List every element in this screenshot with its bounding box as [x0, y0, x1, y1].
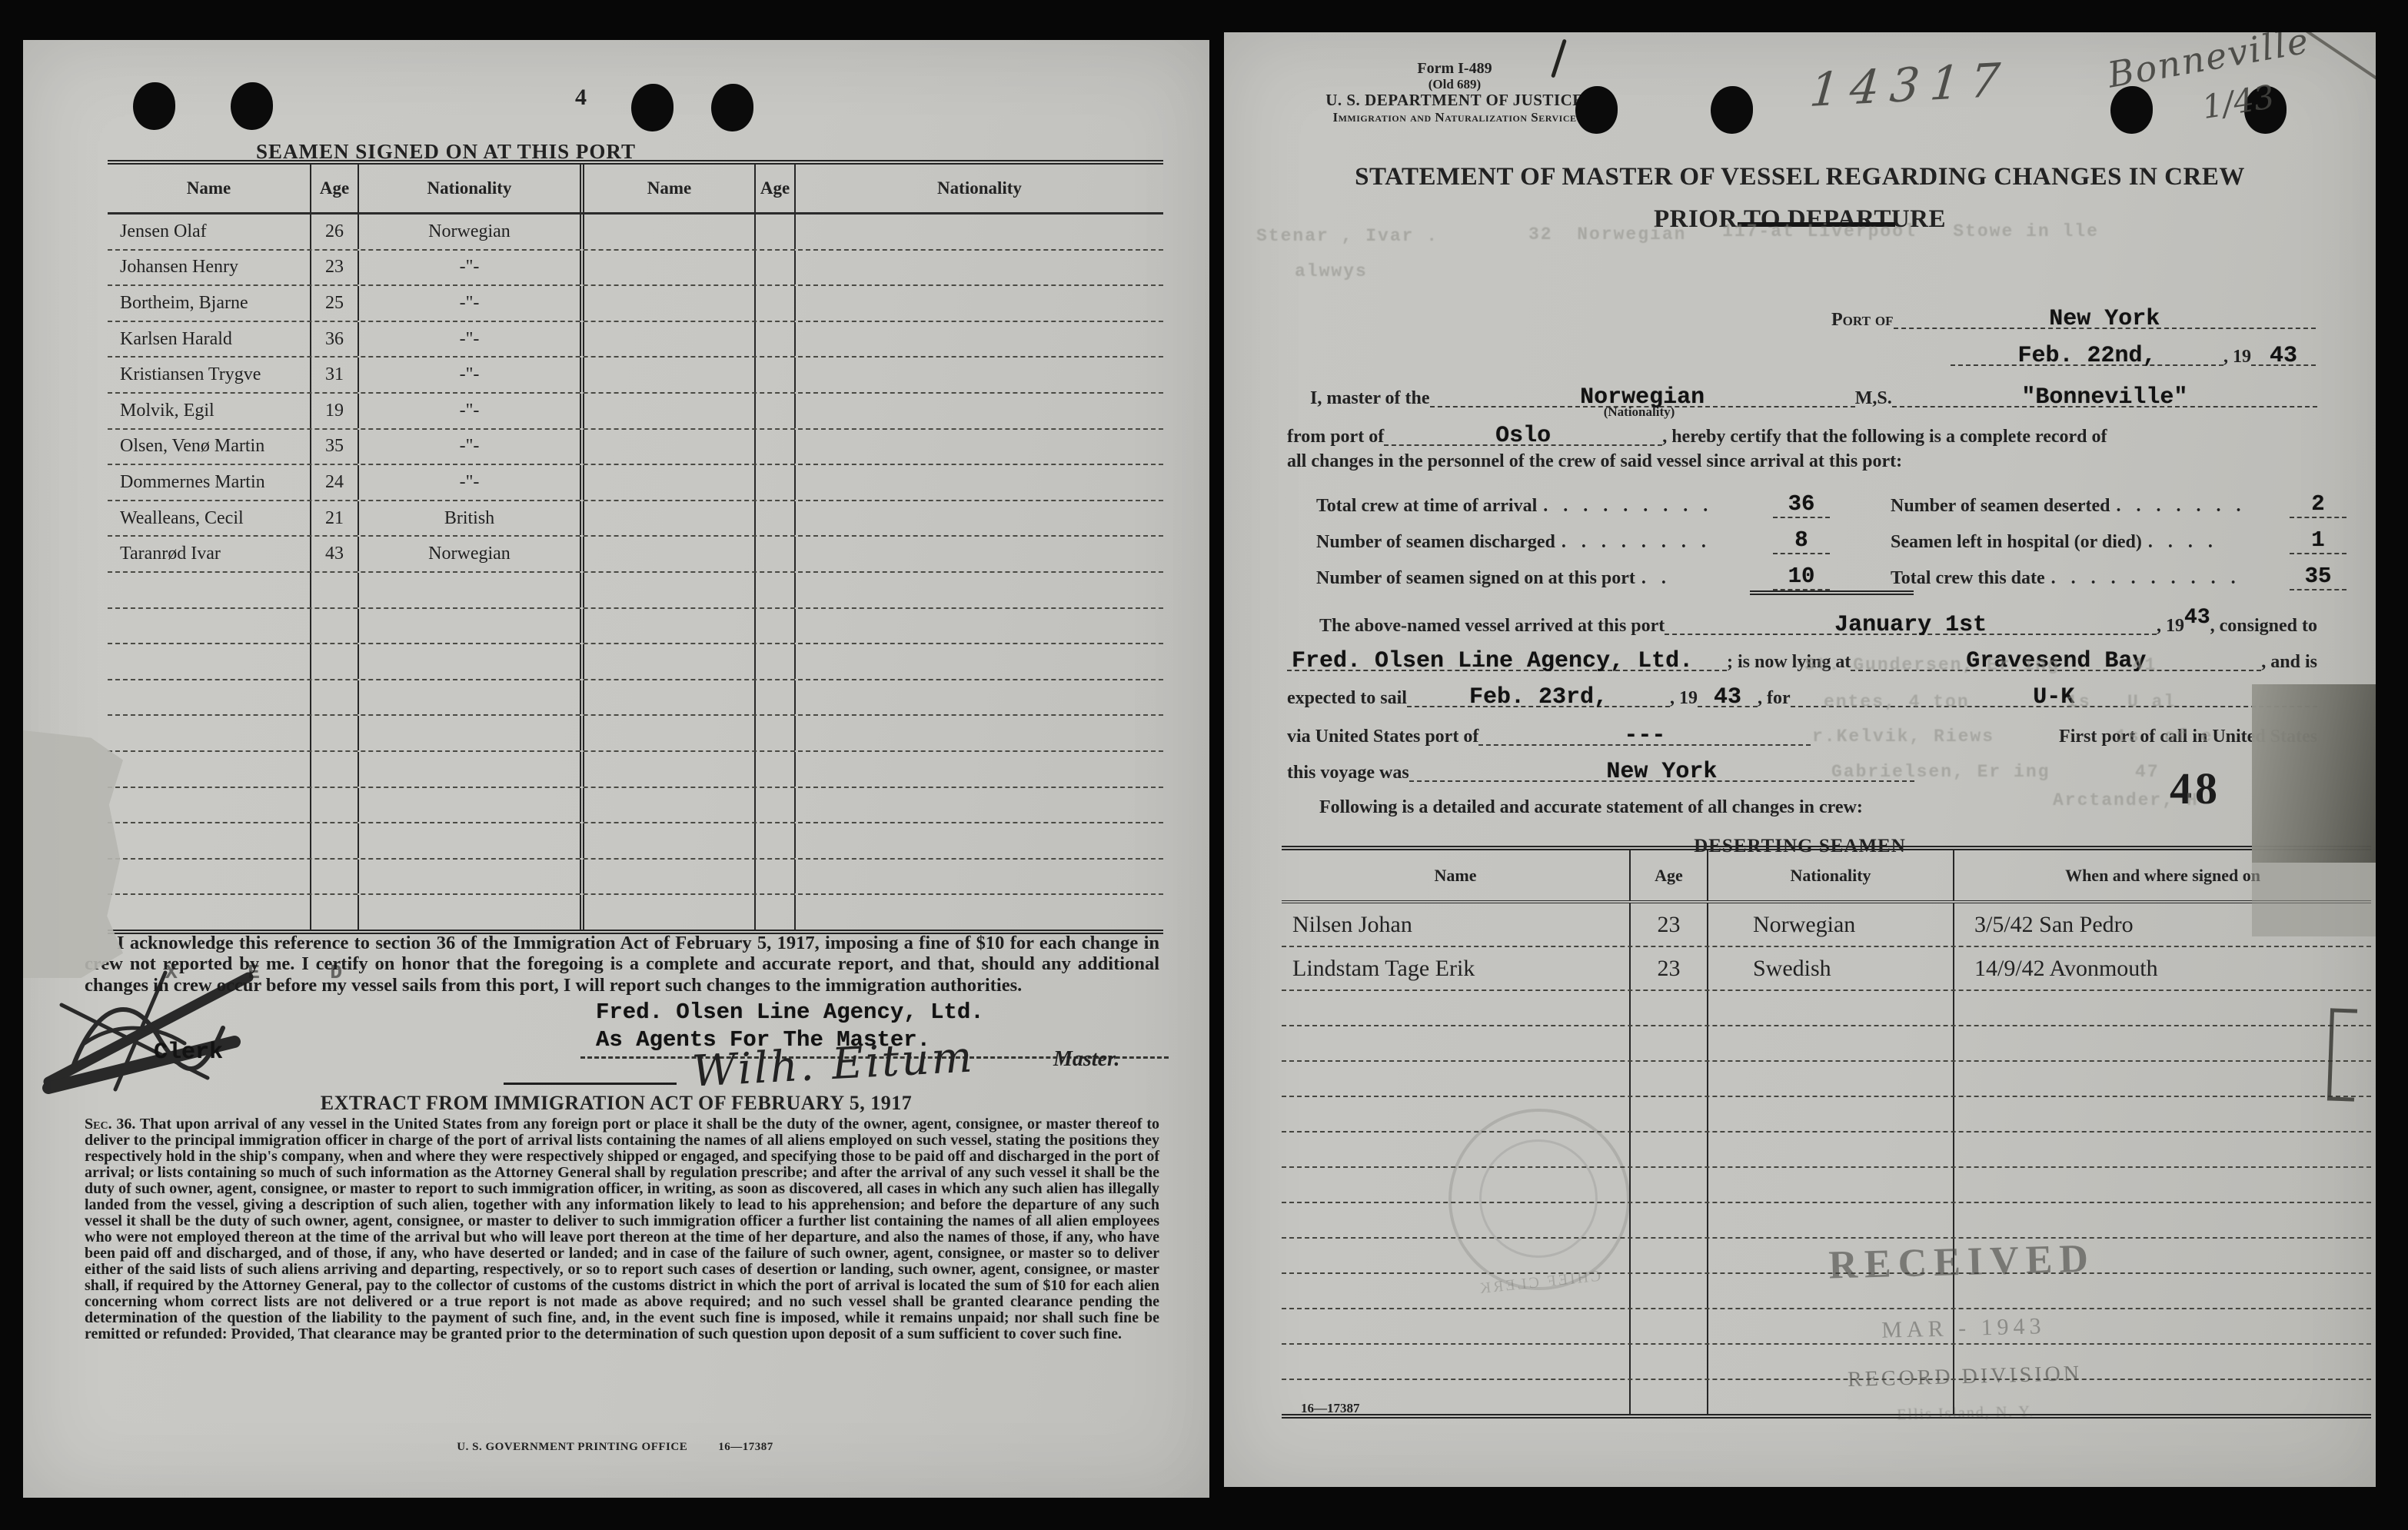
cell-name [108, 860, 310, 894]
column-header: Name [1282, 850, 1629, 900]
cell-nationality: Swedish [1708, 947, 1954, 990]
received-label: RECEIVED [1808, 1236, 2116, 1289]
table-row: Molvik, Egil19-"- [108, 394, 1163, 430]
cell-name: Dommernes Martin [108, 465, 310, 500]
table-row [108, 680, 1163, 717]
bleedthrough-text: 117-at Liverpool Stowe in lle [1722, 221, 2099, 241]
table-row [1282, 1168, 2371, 1203]
voyage-label: this voyage was [1287, 763, 1409, 782]
bleedthrough-text: Gabrielsen, Er ing 47 [1831, 762, 2160, 782]
form-identification: Form I-489 (Old 689) U. S. DEPARTMENT OF… [1285, 60, 1624, 125]
stat-deserted: Number of seamen deserted . . . . . . . … [1891, 483, 2346, 517]
table-row: Lindstam Tage Erik23Swedish14/9/42 Avonm… [1282, 947, 2371, 991]
table-row: Johansen Henry23-"- [108, 251, 1163, 287]
cell-name [584, 895, 754, 930]
table-row [1282, 1026, 2371, 1062]
vessel-field: "Bonneville" [1892, 383, 2317, 407]
table-row: Jensen Olaf26Norwegian [108, 215, 1163, 251]
form-number: Form I-489 [1285, 60, 1624, 77]
date-value: Feb. 22nd, [2017, 344, 2156, 368]
sail-year: 43 [1714, 686, 1741, 709]
stat-label: Number of seamen discharged [1316, 532, 1555, 553]
cell-age [754, 716, 796, 750]
signature-line [504, 1083, 677, 1085]
received-division: RECORD DIVISION [1811, 1361, 2119, 1393]
department-name: U. S. DEPARTMENT OF JUSTICE [1285, 91, 1624, 110]
cell-nationality: Norwegian [359, 215, 580, 249]
consignee-field: Fred. Olsen Line Agency, Ltd. [1287, 647, 1727, 671]
cell-name [584, 609, 754, 644]
cell-age [754, 394, 796, 428]
stat-hospital: Seamen left in hospital (or died) . . . … [1891, 519, 2346, 553]
cell-age [1629, 1062, 1708, 1096]
cell-age [1629, 1274, 1708, 1308]
master-line: I, master of the Norwegian M,S. "Bonnevi… [1310, 372, 2317, 407]
cell-age [754, 609, 796, 644]
stat-label: Number of seamen deserted [1891, 496, 2110, 517]
cell-age [310, 860, 359, 894]
voyage-value: New York [1606, 760, 1717, 783]
punch-hole [231, 82, 273, 130]
clerk-label: Clerk [154, 1039, 223, 1066]
arrived-label: The above-named vessel arrived at this p… [1287, 617, 1665, 635]
table-row [108, 644, 1163, 680]
cell-nationality [796, 860, 1163, 894]
right-page: Form I-489 (Old 689) U. S. DEPARTMENT OF… [1224, 32, 2376, 1487]
port-line: Port of New York [1831, 294, 2316, 329]
column-header: Name [584, 165, 754, 212]
cell-age: 23 [310, 251, 359, 285]
cell-nationality: -"- [359, 322, 580, 357]
from-port-line: from port of Oslo , hereby certify that … [1287, 411, 2317, 446]
stat-total-arrival: Total crew at time of arrival . . . . . … [1316, 483, 1830, 517]
column-header: Nationality [1708, 850, 1954, 900]
received-stamp: RECEIVED MAR - 1943 RECORD DIVISION Elli… [1808, 1236, 2120, 1426]
cell-signed-on [1954, 1168, 2371, 1202]
cell-name [1282, 1062, 1629, 1096]
cell-nationality: -"- [359, 430, 580, 464]
cell-age [1629, 1309, 1708, 1343]
cell-name: Olsen, Venø Martin [108, 430, 310, 464]
column-header: Nationality [796, 165, 1163, 212]
sail-date-field: Feb. 23rd, [1407, 683, 1670, 707]
cell-age [1629, 1203, 1708, 1237]
cell-name: Nilsen Johan [1282, 903, 1629, 946]
cell-age: 21 [310, 501, 359, 536]
cell-signed-on [1954, 1133, 2371, 1166]
arrived-date-field: January 1st [1665, 610, 2157, 635]
column-header: Name [108, 165, 310, 212]
stat-label: Seamen left in hospital (or died) [1891, 532, 2142, 553]
cell-name [108, 752, 310, 787]
vessel-name: "Bonneville" [2021, 386, 2187, 409]
cell-name [584, 358, 754, 392]
table-row: Bortheim, Bjarne25-"- [108, 286, 1163, 322]
cell-nationality: -"- [359, 286, 580, 321]
punch-hole [1575, 86, 1618, 134]
cell-nationality [359, 609, 580, 644]
dot-leader: . . . . . . . . . [1537, 496, 1773, 517]
dot-leader: . . [1635, 568, 1773, 589]
cell-name [584, 215, 754, 249]
from-port-value: Oslo [1495, 424, 1551, 447]
circular-stamp-impression: CHIEF CLERK [1448, 1109, 1630, 1290]
cell-age [754, 322, 796, 357]
stat-value: 1 [2290, 527, 2346, 554]
cell-name: Bortheim, Bjarne [108, 286, 310, 321]
port-value: New York [2049, 308, 2160, 331]
cell-nationality [796, 609, 1163, 644]
cell-name [584, 716, 754, 750]
cell-age [754, 823, 796, 858]
cell-age: 35 [310, 430, 359, 464]
table-header-row: Name Age Nationality Name Age Nationalit… [108, 165, 1163, 215]
cell-nationality [1708, 1026, 1954, 1060]
cell-age [310, 823, 359, 858]
port-field: New York [1894, 304, 2316, 329]
table-row: Dommernes Martin24-"- [108, 465, 1163, 501]
cell-nationality [796, 358, 1163, 392]
cell-signed-on [1954, 991, 2371, 1025]
voyage-line: this voyage was New York [1287, 747, 1914, 782]
table-row [108, 860, 1163, 896]
cell-age: 24 [310, 465, 359, 500]
table-row: Karlsen Harald36-"- [108, 322, 1163, 358]
pen-bracket-mark [2327, 1008, 2357, 1101]
cell-nationality [359, 860, 580, 894]
cell-signed-on [1954, 1026, 2371, 1060]
cell-name [584, 680, 754, 715]
cell-age [310, 895, 359, 930]
column-header: Nationality [359, 165, 580, 212]
bleedthrough-text: entes, 4 ton 1s U al [1824, 692, 2176, 712]
cell-nationality [796, 537, 1163, 571]
cell-nationality: -"- [359, 358, 580, 392]
cell-nationality: Norwegian [1708, 903, 1954, 946]
cell-age: 23 [1629, 903, 1708, 946]
cell-nationality [1708, 991, 1954, 1025]
cell-signed-on [1954, 1097, 2371, 1131]
stat-label: Number of seamen signed on at this port [1316, 568, 1635, 589]
cell-nationality [796, 286, 1163, 321]
cell-name [108, 788, 310, 823]
cell-name [108, 609, 310, 644]
arrived-date: January 1st [1834, 614, 1987, 637]
stat-value: 36 [1773, 491, 1830, 518]
cell-name [584, 501, 754, 536]
cell-age [310, 680, 359, 715]
table-header-row: Name Age Nationality When and where sign… [1282, 850, 2371, 903]
column-header: Age [754, 165, 796, 212]
column-header: Age [310, 165, 359, 212]
bleedthrough-text: r.Kelvik, Riews 1s of e [1812, 727, 2213, 747]
cell-age: 23 [1629, 947, 1708, 990]
dot-leader: . . . . [2142, 532, 2290, 553]
service-name: Immigration and Naturalization Service [1285, 110, 1624, 125]
from-port-label: from port of [1287, 427, 1384, 446]
table-body: Jensen Olaf26NorwegianJohansen Henry23-"… [108, 215, 1163, 930]
section-label: Sec. 36. [85, 1116, 135, 1133]
stat-label: Total crew this date [1891, 568, 2045, 589]
cell-nationality [1708, 1203, 1954, 1237]
cell-name [1282, 1309, 1629, 1343]
via-label: via United States port of [1287, 727, 1478, 746]
bleedthrough-text: alwwys [1295, 261, 1368, 281]
extract-body: That upon arrival of any vessel in the U… [85, 1116, 1159, 1342]
master-intro: I, master of the [1310, 389, 1430, 407]
punch-hole [711, 84, 753, 131]
stat-value: 35 [2290, 564, 2346, 590]
cell-signed-on [1954, 1203, 2371, 1237]
cell-nationality: Norwegian [359, 537, 580, 571]
year-prefix: , 19 [2223, 348, 2251, 366]
year-field: 43 [2251, 341, 2316, 366]
cell-nationality [796, 215, 1163, 249]
table-row: Olsen, Venø Martin35-"- [108, 430, 1163, 466]
cell-nationality [796, 394, 1163, 428]
cell-nationality [796, 895, 1163, 930]
cell-nationality [796, 823, 1163, 858]
page-fold-mark [2301, 32, 2376, 81]
cell-age [754, 465, 796, 500]
cell-age: 36 [310, 322, 359, 357]
cell-signed-on: 14/9/42 Avonmouth [1954, 947, 2371, 990]
received-location: Ellis Island, N. Y. [1812, 1401, 2120, 1426]
date-field: Feb. 22nd, [1951, 341, 2223, 366]
extract-title: EXTRACT FROM IMMIGRATION ACT OF FEBRUARY… [23, 1092, 1209, 1115]
cell-name [1282, 1345, 1629, 1379]
cell-age [310, 716, 359, 750]
cell-name [108, 573, 310, 607]
stat-value: 2 [2290, 491, 2346, 518]
from-port-field: Oslo [1384, 421, 1662, 446]
table-row [108, 823, 1163, 860]
cell-nationality [359, 788, 580, 823]
divider-line [1750, 590, 1914, 595]
table-row: Taranrød Ivar43Norwegian [108, 537, 1163, 573]
cell-age [754, 251, 796, 285]
cell-name: Kristiansen Trygve [108, 358, 310, 392]
printing-office-label: U. S. GOVERNMENT PRINTING OFFICE [457, 1441, 687, 1453]
cell-age [1629, 1380, 1708, 1414]
cell-age [754, 644, 796, 679]
date-line: Feb. 22nd, , 19 43 [1951, 331, 2316, 366]
cell-nationality [359, 895, 580, 930]
cell-age: 19 [310, 394, 359, 428]
form-print-number: 16—17387 [1301, 1401, 1360, 1416]
table-row [1282, 1062, 2371, 1097]
cell-name: Jensen Olaf [108, 215, 310, 249]
sail-date: Feb. 23rd, [1469, 686, 1608, 709]
stat-value: 10 [1773, 564, 1830, 590]
cell-name [1282, 991, 1629, 1025]
cell-name [584, 752, 754, 787]
cell-name [108, 895, 310, 930]
cell-name [584, 644, 754, 679]
year-value: 43 [2270, 344, 2297, 368]
handwritten-vessel-name: Bonneville [2104, 32, 2313, 96]
cell-name [584, 286, 754, 321]
changes-line: all changes in the personnel of the crew… [1287, 451, 1902, 472]
cell-age: 31 [310, 358, 359, 392]
cell-nationality [359, 823, 580, 858]
table-row [1282, 1133, 2371, 1168]
cell-age [754, 895, 796, 930]
cell-nationality [359, 752, 580, 787]
cell-age [1629, 1239, 1708, 1272]
year-prefix: , 19 [1670, 689, 1698, 707]
cell-age [754, 501, 796, 536]
stat-label: Total crew at time of arrival [1316, 496, 1537, 517]
seamen-signed-on-table: Name Age Nationality Name Age Nationalit… [108, 160, 1163, 934]
following-line: Following is a detailed and accurate sta… [1319, 797, 1863, 818]
page-number: 4 [575, 85, 587, 111]
arrived-year: 43 [2184, 607, 2210, 629]
sail-label: expected to sail [1287, 689, 1407, 707]
stat-discharged: Number of seamen discharged . . . . . . … [1316, 519, 1830, 553]
table-row [108, 788, 1163, 824]
cell-age [754, 537, 796, 571]
cell-age [1629, 1026, 1708, 1060]
dot-leader: . . . . . . . . . . [2045, 568, 2290, 589]
column-header: Age [1629, 850, 1708, 900]
cell-age: 43 [310, 537, 359, 571]
and-is-label: , and is [2261, 653, 2317, 671]
left-page: 4 SEAMEN SIGNED ON AT THIS PORT Name Age… [23, 40, 1209, 1498]
cell-nationality [796, 573, 1163, 607]
cell-name: Taranrød Ivar [108, 537, 310, 571]
cell-nationality [796, 430, 1163, 464]
printing-office-footer: U. S. GOVERNMENT PRINTING OFFICE16—17387 [346, 1441, 884, 1454]
table-row [108, 752, 1163, 788]
bleedthrough-text: St. Gundersen, Er ing 41 [1804, 655, 2157, 675]
cell-nationality [1708, 1168, 1954, 1202]
cell-age [754, 215, 796, 249]
consigned-label: , consigned to [2210, 617, 2317, 635]
cell-age: 25 [310, 286, 359, 321]
table-row [108, 716, 1163, 752]
cell-age [310, 609, 359, 644]
cell-age [1629, 1168, 1708, 1202]
via-field: --- [1478, 721, 1811, 746]
scanned-document: 4 SEAMEN SIGNED ON AT THIS PORT Name Age… [0, 0, 2408, 1530]
cell-name [584, 573, 754, 607]
cell-name [108, 680, 310, 715]
cell-name: Lindstam Tage Erik [1282, 947, 1629, 990]
cell-nationality: British [359, 501, 580, 536]
cell-age [310, 788, 359, 823]
cell-name [584, 823, 754, 858]
cell-age [1629, 1133, 1708, 1166]
cell-nationality [796, 465, 1163, 500]
cell-age [310, 573, 359, 607]
cell-nationality: -"- [359, 465, 580, 500]
cell-nationality [796, 644, 1163, 679]
form-number-old: (Old 689) [1285, 77, 1624, 91]
cell-age [1629, 1097, 1708, 1131]
bleedthrough-text: Stenar , Ivar . [1256, 226, 1438, 246]
bleedthrough-text: Arctander, H [2053, 790, 2199, 810]
cell-name [584, 251, 754, 285]
cell-nationality [796, 788, 1163, 823]
arrived-line: The above-named vessel arrived at this p… [1287, 600, 2317, 635]
cell-name [584, 537, 754, 571]
table-row: Nilsen Johan23Norwegian3/5/42 San Pedro [1282, 903, 2371, 947]
tape-artifact [23, 730, 123, 978]
bleedthrough-text: 32 Norwegian [1528, 225, 1686, 244]
table-row [108, 609, 1163, 645]
cell-nationality [796, 322, 1163, 357]
table-row [108, 573, 1163, 609]
stat-value: 8 [1773, 527, 1830, 554]
cell-name [108, 644, 310, 679]
cell-name [584, 394, 754, 428]
cell-nationality: -"- [359, 251, 580, 285]
punch-hole [1711, 86, 1753, 134]
cell-name [584, 430, 754, 464]
cell-nationality [359, 680, 580, 715]
cell-name [584, 860, 754, 894]
cell-age [1629, 991, 1708, 1025]
cell-age [310, 752, 359, 787]
cell-name [108, 716, 310, 750]
tape-artifact [2252, 684, 2376, 863]
tape-artifact [2252, 863, 2376, 936]
consignee-line: Fred. Olsen Line Agency, Ltd. ; is now l… [1287, 636, 2317, 671]
via-value: --- [1624, 724, 1665, 747]
cell-nationality [1708, 1097, 1954, 1131]
cell-nationality [796, 716, 1163, 750]
cell-name: Karlsen Harald [108, 322, 310, 357]
received-date: MAR - 1943 [1810, 1312, 2118, 1345]
immigration-act-extract: Sec. 36. That upon arrival of any vessel… [85, 1116, 1159, 1342]
cell-nationality [1708, 1133, 1954, 1166]
year-prefix: , 19 [2157, 617, 2184, 635]
agency-name: Fred. Olsen Line Agency, Ltd. [596, 999, 984, 1025]
cell-age [754, 430, 796, 464]
consignee-name: Fred. Olsen Line Agency, Ltd. [1292, 650, 1693, 673]
cell-age [754, 752, 796, 787]
cell-name [1282, 1026, 1629, 1060]
cell-age [754, 680, 796, 715]
master-label: Master. [1053, 1047, 1119, 1072]
stat-total-date: Total crew this date . . . . . . . . . .… [1891, 555, 2346, 589]
cell-age [754, 358, 796, 392]
table-row [1282, 1203, 2371, 1239]
form-title-line1: STATEMENT OF MASTER OF VESSEL REGARDING … [1224, 163, 2376, 191]
cell-nationality: -"- [359, 394, 580, 428]
cell-age [1629, 1345, 1708, 1379]
sail-year-field: 43 [1698, 683, 1758, 707]
cell-nationality [359, 573, 580, 607]
cell-nationality [796, 501, 1163, 536]
punch-hole [133, 82, 175, 130]
cell-name [584, 465, 754, 500]
cell-signed-on [1954, 1062, 2371, 1096]
punch-hole [631, 84, 674, 131]
handwritten-file-number: 14317 [1808, 53, 2013, 118]
cell-age [754, 788, 796, 823]
table-row [1282, 1097, 2371, 1133]
cell-name [584, 322, 754, 357]
cell-age [310, 644, 359, 679]
cell-age [754, 573, 796, 607]
cell-name: Johansen Henry [108, 251, 310, 285]
form-print-number: 16—17387 [718, 1441, 773, 1453]
table-row [108, 895, 1163, 930]
cell-nationality [796, 752, 1163, 787]
cell-name [584, 788, 754, 823]
